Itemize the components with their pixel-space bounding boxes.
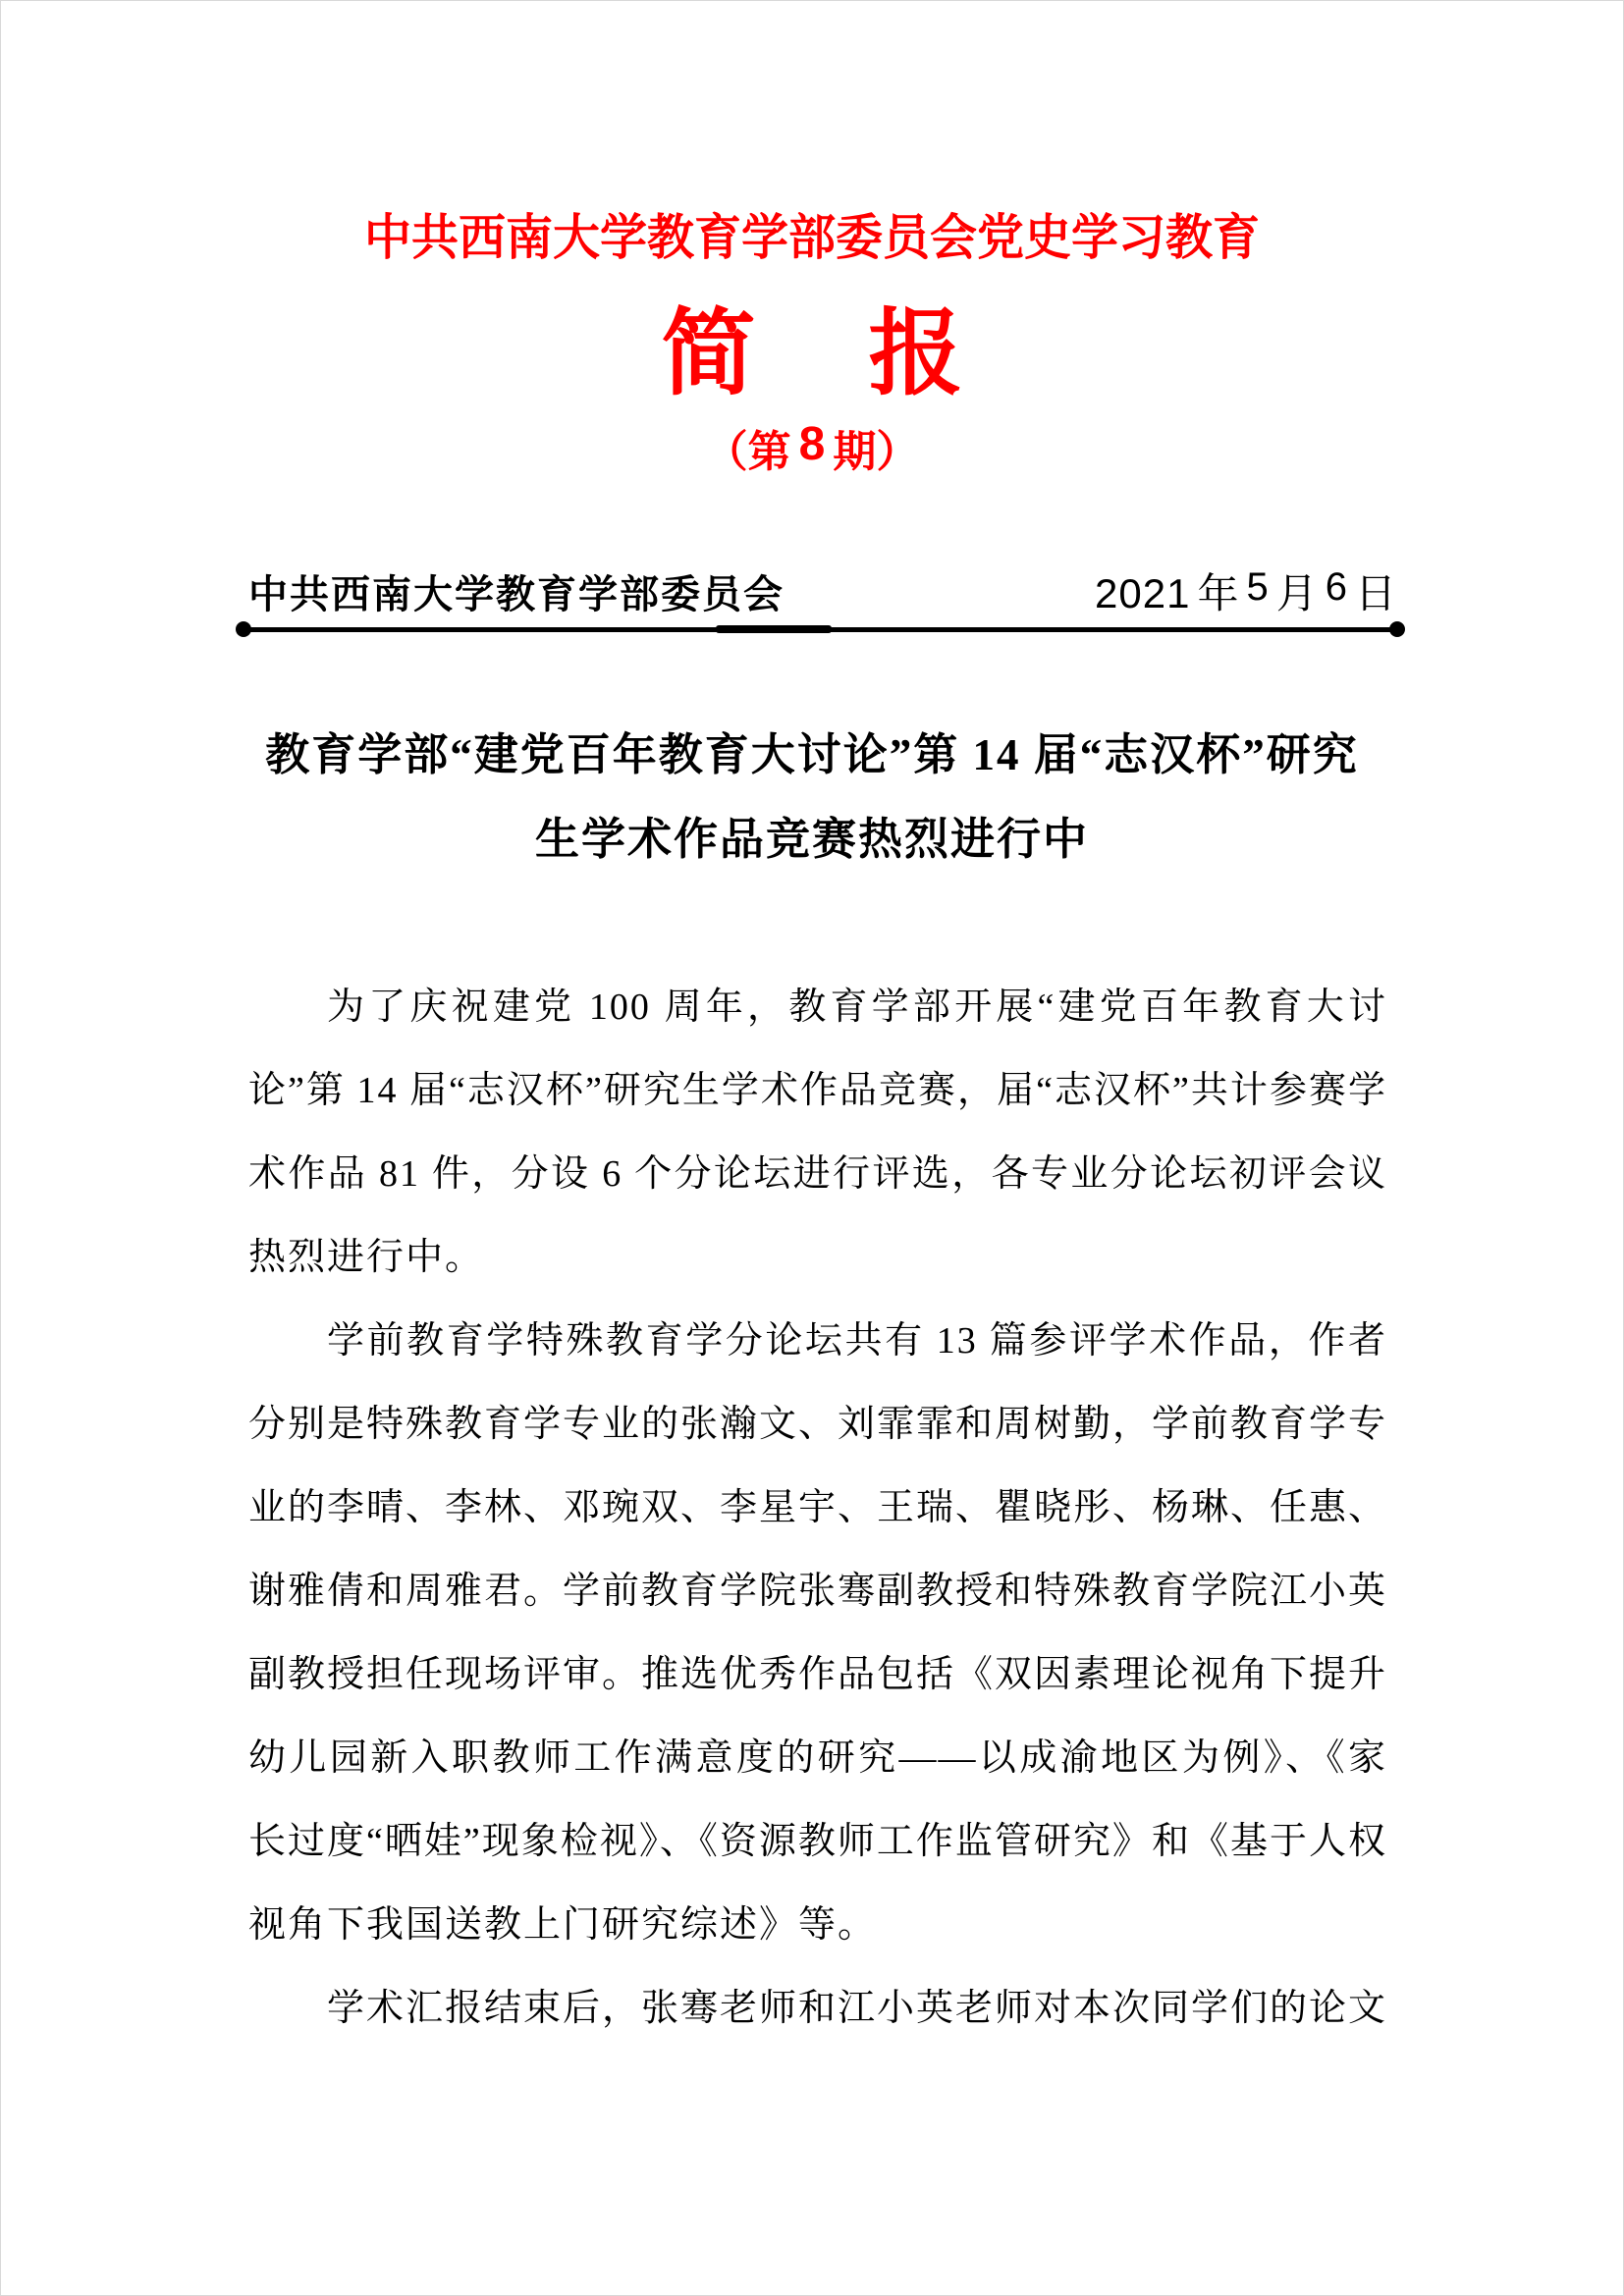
article-title-line-1: 教育学部“建党百年教育大讨论”第 14 届“志汉杯”研究 <box>1 713 1623 797</box>
issuing-organization: 中共西南大学教育学部委员会 <box>248 570 785 619</box>
meta-row: 中共西南大学教育学部委员会 2021年5月6日 <box>248 569 1397 619</box>
body-paragraph-1: 为了庆祝建党 100 周年，教育学部开展“建党百年教育大讨论”第 14 届“志汉… <box>248 966 1387 1300</box>
date-day: 6 <box>1326 562 1348 612</box>
body-paragraph-3: 学术汇报结束后，张骞老师和江小英老师对本次同学们的论文 <box>248 1967 1387 2051</box>
masthead-org-line: 中共西南大学教育学部委员会党史学习教育 <box>33 207 1591 268</box>
issue-date: 2021年5月6日 <box>1088 569 1397 619</box>
header-rule <box>242 627 1399 632</box>
article-title: 教育学部“建党百年教育大讨论”第 14 届“志汉杯”研究 生学术作品竞赛热烈进行… <box>1 713 1623 881</box>
issue-number: 8 <box>799 418 826 471</box>
article-body: 为了庆祝建党 100 周年，教育学部开展“建党百年教育大讨论”第 14 届“志汉… <box>248 966 1387 2051</box>
bulletin-title: 简 报 <box>1 301 1623 407</box>
bulletin-page: 中共西南大学教育学部委员会党史学习教育 简 报 （第8期） 中共西南大学教育学部… <box>0 0 1624 2296</box>
issue-line: （第8期） <box>1 425 1623 479</box>
date-month: 5 <box>1246 562 1269 612</box>
date-year-unit: 年 <box>1197 570 1239 616</box>
date-day-unit: 日 <box>1355 570 1397 616</box>
rule-left-dot <box>236 621 251 637</box>
masthead: 中共西南大学教育学部委员会党史学习教育 简 报 （第8期） <box>1 207 1623 479</box>
issue-suffix: 期） <box>833 428 919 476</box>
article-title-line-2: 生学术作品竞赛热烈进行中 <box>1 797 1623 881</box>
date-month-unit: 月 <box>1276 570 1319 616</box>
issue-prefix: （第 <box>705 428 791 476</box>
body-paragraph-2: 学前教育学特殊教育学分论坛共有 13 篇参评学术作品，作者分别是特殊教育学专业的… <box>248 1300 1387 1967</box>
rule-right-dot <box>1389 621 1405 637</box>
bulletin-title-char-2: 报 <box>869 301 963 407</box>
date-year: 2021 <box>1095 569 1190 618</box>
bulletin-title-char-1: 简 <box>662 301 756 407</box>
article: 教育学部“建党百年教育大讨论”第 14 届“志汉杯”研究 生学术作品竞赛热烈进行… <box>1 713 1623 2051</box>
rule-thick-segment <box>716 625 832 633</box>
